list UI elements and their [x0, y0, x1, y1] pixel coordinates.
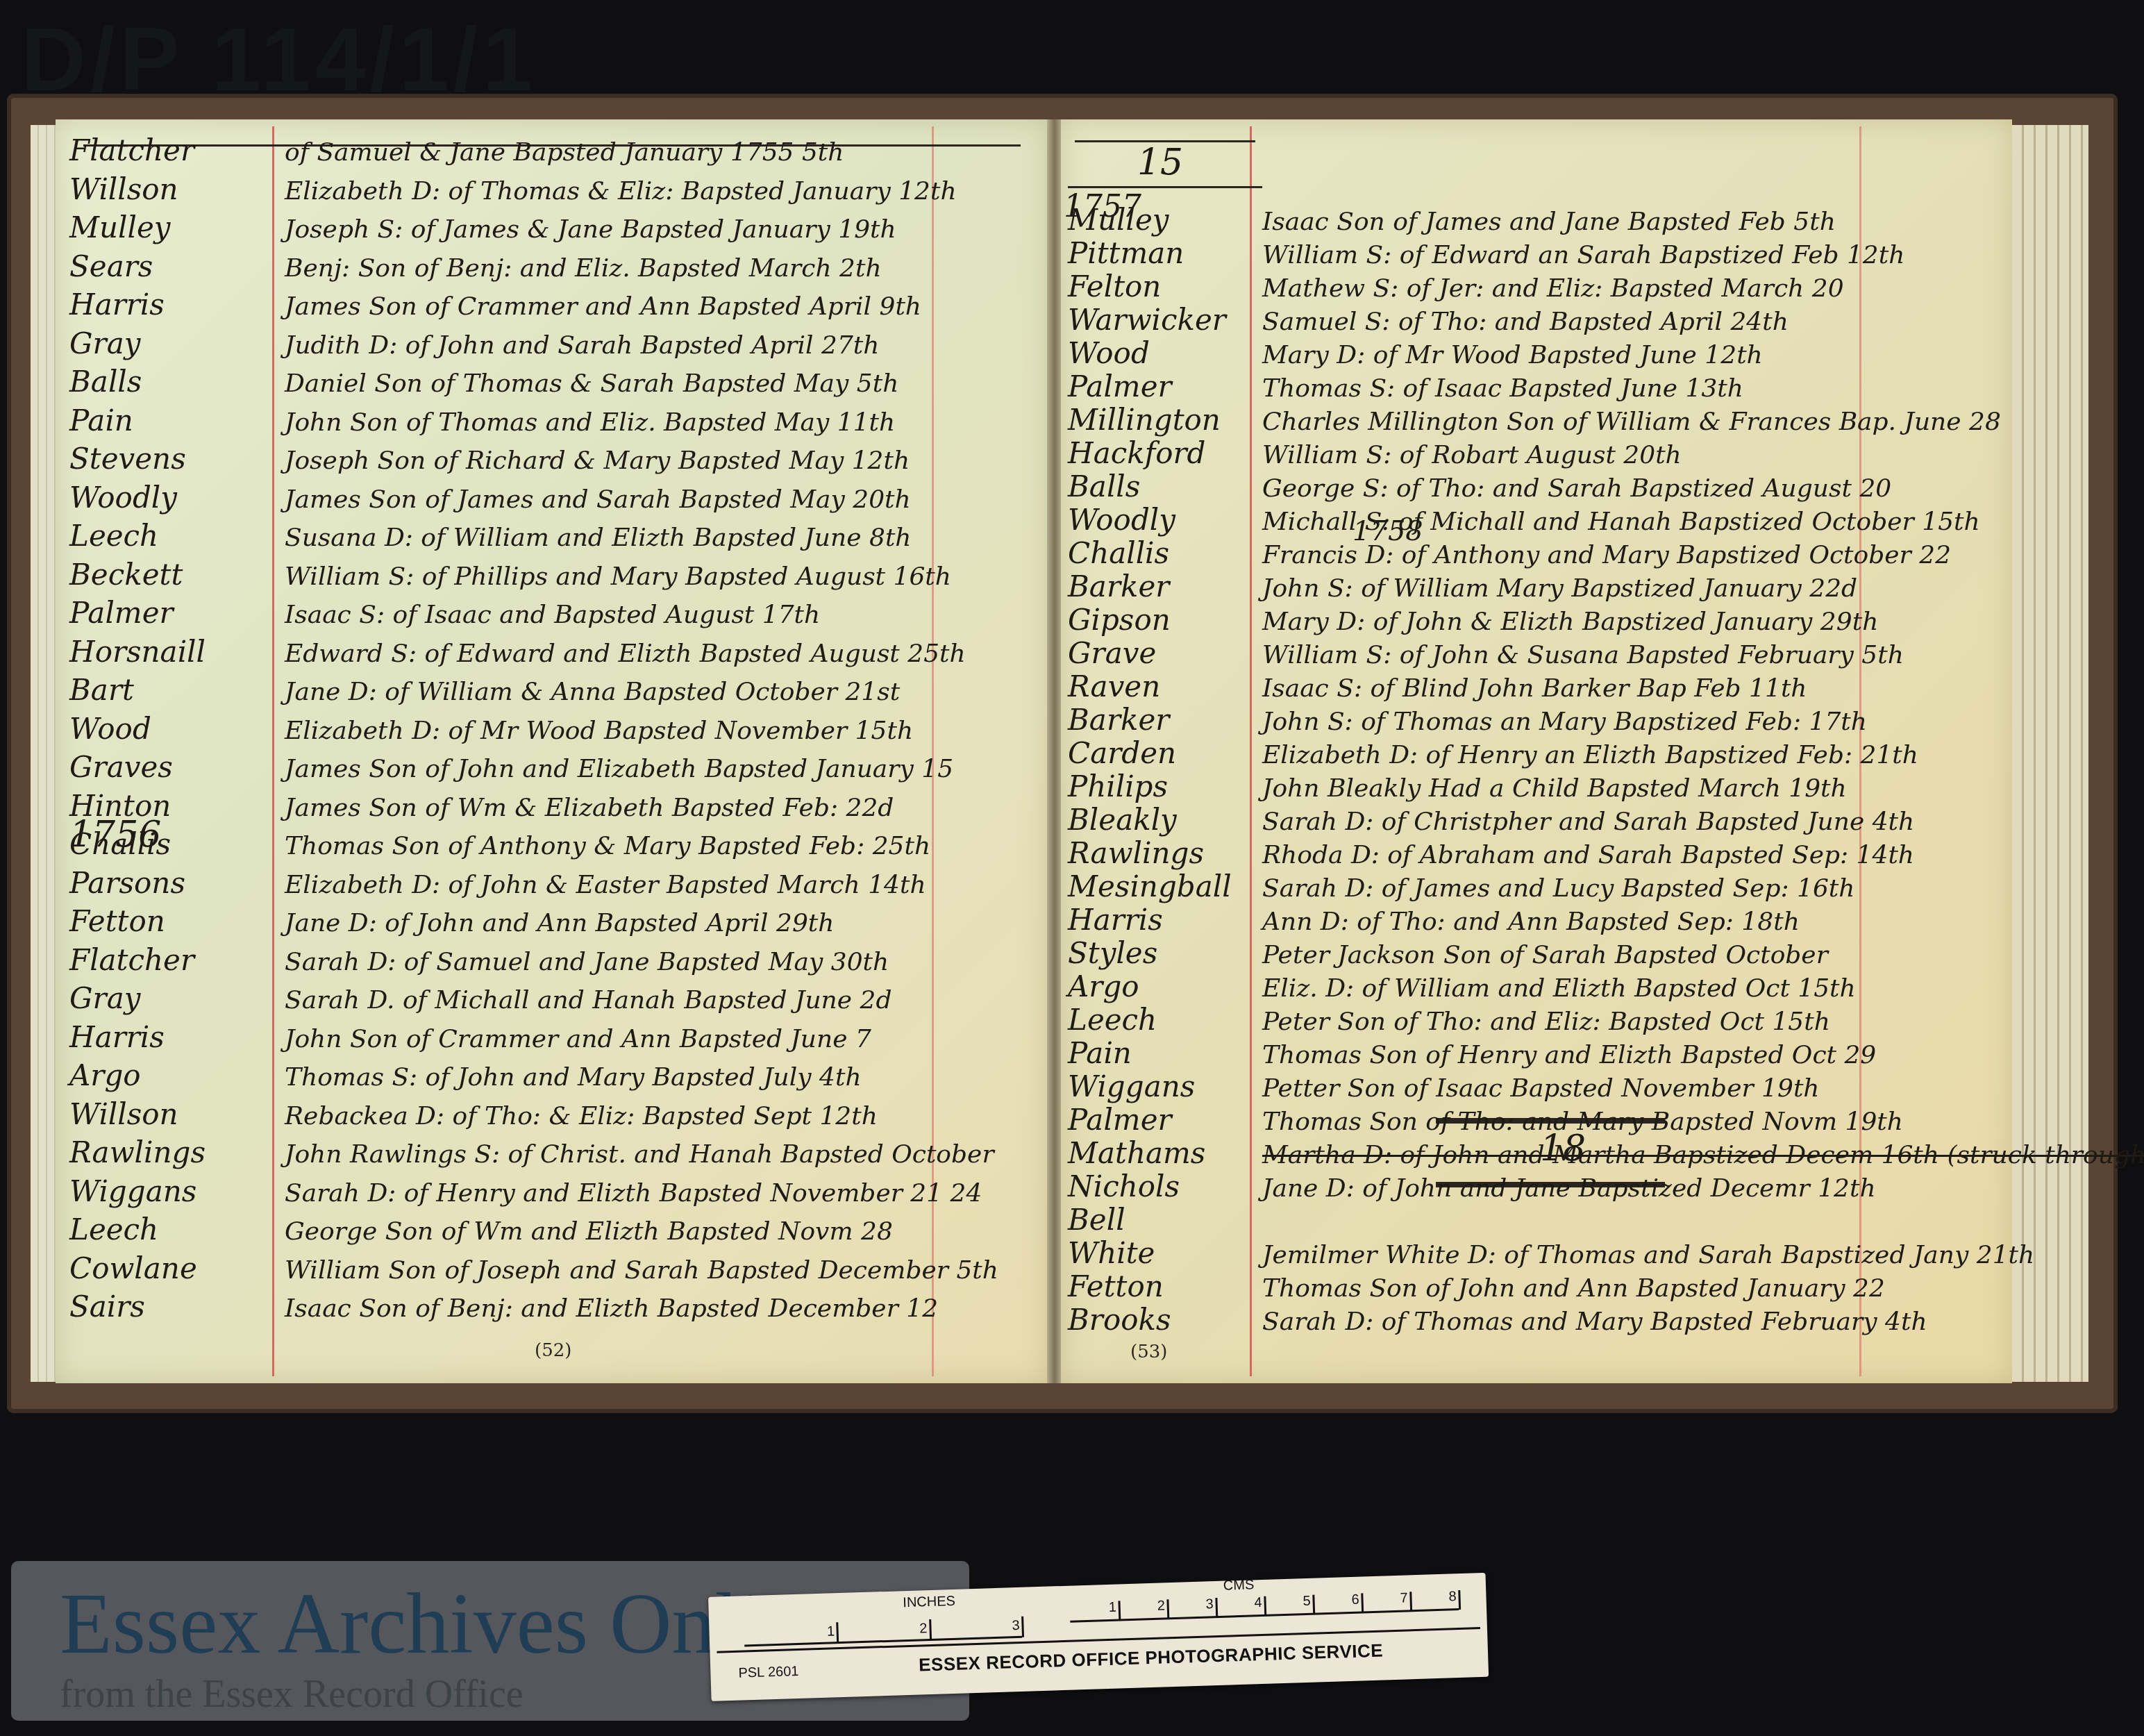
- entry-record: James Son of John and Elizabeth Bapsted …: [285, 755, 953, 783]
- entry-record: Rhoda D: of Abraham and Sarah Bapsted Se…: [1262, 841, 1914, 869]
- entry-surname: Pain: [69, 403, 285, 437]
- entry-surname: Barker: [1068, 703, 1262, 737]
- register-entry: HarrisJames Son of Crammer and Ann Bapst…: [69, 287, 921, 322]
- entry-record: Mary D: of Mr Wood Bapsted June 12th: [1262, 341, 1763, 369]
- scale-tick-label: 6: [1351, 1592, 1359, 1608]
- register-entry: BrooksSarah D: of Thomas and Mary Bapste…: [1068, 1303, 1927, 1337]
- scale-tick: [1409, 1592, 1412, 1611]
- register-entry: GraySarah D. of Michall and Hanah Bapste…: [69, 981, 891, 1015]
- entry-surname: Horsnaill: [69, 635, 285, 669]
- entry-record: Elizabeth D: of John & Easter Bapsted Ma…: [285, 871, 926, 899]
- entry-surname: Palmer: [1068, 369, 1262, 403]
- register-entry: PittmanWilliam S: of Edward an Sarah Bap…: [1068, 236, 1904, 270]
- entry-record: Thomas S: of Isaac Bapsted June 13th: [1262, 374, 1743, 403]
- scale-tick-label: 2: [1157, 1598, 1165, 1614]
- entry-record: Samuel S: of Tho: and Bapsted April 24th: [1262, 308, 1789, 336]
- register-entry: WiggansSarah D: of Henry and Elizth Baps…: [69, 1174, 982, 1208]
- entry-surname: White: [1068, 1236, 1262, 1270]
- entry-surname: Harris: [1068, 903, 1262, 937]
- entry-surname: Rawlings: [1068, 836, 1262, 870]
- entry-record: Elizabeth D: of Mr Wood Bapsted November…: [285, 717, 913, 745]
- entry-surname: Grave: [1068, 636, 1262, 670]
- entry-record: Thomas S: of John and Mary Bapsted July …: [285, 1063, 862, 1092]
- entry-surname: Mathams: [1068, 1136, 1262, 1170]
- entry-record: George S: of Tho: and Sarah Bapstized Au…: [1262, 474, 1891, 503]
- register-entry: PalmerIsaac S: of Isaac and Bapsted Augu…: [69, 596, 820, 630]
- register-entry: ArgoThomas S: of John and Mary Bapsted J…: [69, 1058, 862, 1092]
- entry-record: Joseph S: of James & Jane Bapsted Januar…: [285, 215, 896, 244]
- entry-record: Isaac S: of Isaac and Bapsted August 17t…: [285, 601, 820, 629]
- register-entry: PalmerThomas S: of Isaac Bapsted June 13…: [1068, 369, 1743, 403]
- entry-record: John S: of William Mary Bapstized Januar…: [1262, 574, 1857, 603]
- entry-record: Sarah D: of Henry and Elizth Bapsted Nov…: [285, 1179, 982, 1208]
- entry-record: Martha D: of John and Martha Bapstized D…: [1262, 1141, 2144, 1169]
- folio-number: (52): [535, 1340, 571, 1361]
- register-entry: WoodElizabeth D: of Mr Wood Bapsted Nove…: [69, 712, 913, 746]
- register-entry: Flatcherof Samuel & Jane Bapsted January…: [69, 133, 844, 167]
- entry-record: Rebackea D: of Tho: & Eliz: Bapsted Sept…: [285, 1102, 878, 1130]
- entry-record: Isaac S: of Blind John Barker Bap Feb 11…: [1262, 674, 1807, 703]
- register-entry: CardenElizabeth D: of Henry an Elizth Ba…: [1068, 736, 1918, 770]
- entry-surname: Challis: [1068, 536, 1262, 570]
- register-entry: BartJane D: of William & Anna Bapsted Oc…: [69, 673, 900, 707]
- entry-record: Sarah D: of Thomas and Mary Bapsted Febr…: [1262, 1308, 1927, 1336]
- entry-record: Sarah D: of James and Lucy Bapsted Sep: …: [1262, 874, 1854, 903]
- right-page: 15 1757 1758 18 MulleyIsaac Son of James…: [1061, 119, 2012, 1383]
- entry-surname: Philips: [1068, 769, 1262, 803]
- entry-surname: Barker: [1068, 569, 1262, 603]
- entry-surname: Mulley: [69, 210, 285, 244]
- entry-record: Isaac Son of James and Jane Bapsted Feb …: [1262, 208, 1836, 236]
- entry-record: Jane D: of John and Ann Bapsted April 29…: [285, 909, 834, 937]
- entry-record: John Son of Crammer and Ann Bapsted June…: [285, 1025, 871, 1053]
- register-entry: Bell: [1068, 1203, 1262, 1237]
- entry-surname: Gray: [69, 326, 285, 360]
- entry-record: Eliz. D: of William and Elizth Bapsted O…: [1262, 974, 1856, 1003]
- scale-tick: [1215, 1598, 1218, 1617]
- register-entry: BleaklySarah D: of Christpher and Sarah …: [1068, 803, 1914, 837]
- register-entry: ChallisFrancis D: of Anthony and Mary Ba…: [1068, 536, 1951, 570]
- entry-surname: Fetton: [1068, 1269, 1262, 1303]
- right-page-entries: MulleyIsaac Son of James and Jane Bapste…: [1061, 119, 2012, 1383]
- register-entry: WillsonRebackea D: of Tho: & Eliz: Bapst…: [69, 1097, 878, 1131]
- entry-record: John Rawlings S: of Christ. and Hanah Ba…: [285, 1140, 994, 1169]
- register-entry: GravesJames Son of John and Elizabeth Ba…: [69, 750, 953, 784]
- scale-tick: [1264, 1596, 1266, 1616]
- entry-record: Mathew S: of Jer: and Eliz: Bapsted Marc…: [1262, 274, 1844, 303]
- scale-tick: [837, 1622, 839, 1643]
- scale-tick-label: 7: [1400, 1590, 1408, 1606]
- entry-record: William S: of Robart August 20th: [1262, 441, 1682, 469]
- entry-surname: Rawlings: [69, 1135, 285, 1169]
- register-entry: HorsnaillEdward S: of Edward and Elizth …: [69, 635, 966, 669]
- entry-surname: Brooks: [1068, 1303, 1262, 1337]
- register-entry: GraveWilliam S: of John & Susana Bapsted…: [1068, 636, 1904, 670]
- entry-record: Elizabeth D: of Henry an Elizth Bapstize…: [1262, 741, 1918, 769]
- entry-surname: Graves: [69, 750, 285, 784]
- inch-scale-bar: [744, 1636, 1022, 1647]
- register-entry: SearsBenj: Son of Benj: and Eliz. Bapste…: [69, 249, 882, 283]
- register-entry: BallsDaniel Son of Thomas & Sarah Bapste…: [69, 365, 898, 399]
- entry-surname: Willson: [69, 172, 285, 206]
- scale-tick: [1166, 1599, 1169, 1619]
- entry-record: John S: of Thomas an Mary Bapstized Feb:…: [1262, 708, 1867, 736]
- entry-record: of Samuel & Jane Bapsted January 1755 5t…: [285, 138, 844, 167]
- scale-tick-label: 3: [1205, 1596, 1214, 1612]
- scale-code: PSL 2601: [738, 1664, 799, 1682]
- entry-record: George Son of Wm and Elizth Bapsted Novm…: [285, 1217, 893, 1246]
- register-entry: MathamsMartha D: of John and Martha Baps…: [1068, 1136, 2144, 1170]
- entry-record: John Bleakly Had a Child Bapsted March 1…: [1262, 774, 1847, 803]
- entry-surname: Carden: [1068, 736, 1262, 770]
- entry-surname: Parsons: [69, 866, 285, 900]
- register-entry: HackfordWilliam S: of Robart August 20th: [1068, 436, 1682, 470]
- entry-record: Edward S: of Edward and Elizth Bapsted A…: [285, 640, 966, 668]
- entry-record: Thomas Son of Anthony & Mary Bapsted Feb…: [285, 832, 930, 860]
- year-mark: 1756: [69, 814, 161, 856]
- scale-tick-label: 8: [1448, 1589, 1457, 1605]
- scale-tick-label: 1: [1108, 1600, 1116, 1616]
- entry-record: Thomas Son of Tho: and Mary Bapsted Novm…: [1262, 1108, 1903, 1136]
- entry-surname: Nichols: [1068, 1169, 1262, 1203]
- entry-record: Michall S: of Michall and Hanah Bapstize…: [1262, 508, 1980, 536]
- scale-tick: [1021, 1617, 1024, 1637]
- entry-surname: Leech: [1068, 1003, 1262, 1037]
- register-entry: BarkerJohn S: of William Mary Bapstized …: [1068, 569, 1857, 603]
- entry-surname: Woodly: [1068, 503, 1262, 537]
- register-entry: WoodMary D: of Mr Wood Bapsted June 12th: [1068, 336, 1763, 370]
- entry-surname: Gray: [69, 981, 285, 1015]
- entry-record: Judith D: of John and Sarah Bapsted Apri…: [285, 331, 880, 360]
- register-entry: WiggansPetter Son of Isaac Bapsted Novem…: [1068, 1069, 1820, 1103]
- register-entry: MesingballSarah D: of James and Lucy Bap…: [1068, 869, 1854, 903]
- left-page-edges: [31, 125, 58, 1382]
- entry-surname: Balls: [1068, 469, 1262, 503]
- entry-surname: Leech: [69, 519, 285, 553]
- scale-tick: [1361, 1593, 1364, 1612]
- register-entry: WhiteJemilmer White D: of Thomas and Sar…: [1068, 1236, 2034, 1270]
- scale-tick-label: 4: [1254, 1595, 1262, 1611]
- left-page-entries: Flatcherof Samuel & Jane Bapsted January…: [56, 119, 1048, 1383]
- entry-record: James Son of James and Sarah Bapsted May…: [285, 485, 911, 514]
- scale-tick-label: 2: [919, 1621, 928, 1637]
- entry-surname: Harris: [69, 1020, 285, 1054]
- register-entry: RavenIsaac S: of Blind John Barker Bap F…: [1068, 669, 1807, 703]
- register-entry: FettonThomas Son of John and Ann Bapsted…: [1068, 1269, 1885, 1303]
- entry-surname: Argo: [1068, 969, 1262, 1003]
- entry-surname: Pittman: [1068, 236, 1262, 270]
- register-entry: RawlingsRhoda D: of Abraham and Sarah Ba…: [1068, 836, 1914, 870]
- entry-surname: Bleakly: [1068, 803, 1262, 837]
- register-entry: PalmerThomas Son of Tho: and Mary Bapste…: [1068, 1103, 1903, 1137]
- entry-surname: Palmer: [69, 596, 285, 630]
- entry-record: Ann D: of Tho: and Ann Bapsted Sep: 18th: [1262, 908, 1800, 936]
- entry-record: William Son of Joseph and Sarah Bapsted …: [285, 1256, 998, 1285]
- entry-record: John Son of Thomas and Eliz. Bapsted May…: [285, 408, 895, 437]
- register-entry: HintonJames Son of Wm & Elizabeth Bapste…: [69, 789, 894, 823]
- register-entry: GrayJudith D: of John and Sarah Bapsted …: [69, 326, 880, 360]
- entry-record: William S: of John & Susana Bapsted Febr…: [1262, 641, 1904, 669]
- entry-surname: Flatcher: [69, 943, 285, 977]
- register-entry: RawlingsJohn Rawlings S: of Christ. and …: [69, 1135, 994, 1169]
- register-entry: BeckettWilliam S: of Phillips and Mary B…: [69, 558, 951, 592]
- entry-surname: Cowlane: [69, 1251, 285, 1285]
- register-entry: FlatcherSarah D: of Samuel and Jane Baps…: [69, 943, 889, 977]
- entry-surname: Gipson: [1068, 603, 1262, 637]
- entry-surname: Felton: [1068, 269, 1262, 303]
- entry-record: Thomas Son of John and Ann Bapsted Janua…: [1262, 1274, 1885, 1303]
- entry-surname: Wood: [69, 712, 285, 746]
- entry-record: Charles Millington Son of William & Fran…: [1262, 408, 2001, 436]
- inches-label: INCHES: [903, 1594, 955, 1611]
- entry-surname: Stevens: [69, 442, 285, 476]
- entry-surname: Bart: [69, 673, 285, 707]
- register-entry: SairsIsaac Son of Benj: and Elizth Bapst…: [69, 1290, 938, 1324]
- register-entry: MulleyJoseph S: of James & Jane Bapsted …: [69, 210, 896, 244]
- register-entry: PhilipsJohn Bleakly Had a Child Bapsted …: [1068, 769, 1847, 803]
- register-entry: LeechGeorge Son of Wm and Elizth Bapsted…: [69, 1212, 893, 1246]
- entry-record: William S: of Phillips and Mary Bapsted …: [285, 562, 951, 591]
- register-entry: FettonJane D: of John and Ann Bapsted Ap…: [69, 904, 834, 938]
- entry-record: Isaac Son of Benj: and Elizth Bapsted De…: [285, 1294, 938, 1323]
- entry-surname: Hackford: [1068, 436, 1262, 470]
- register-entry: WarwickerSamuel S: of Tho: and Bapsted A…: [1068, 303, 1789, 337]
- register-entry: FeltonMathew S: of Jer: and Eliz: Bapste…: [1068, 269, 1844, 303]
- register-entry: HarrisJohn Son of Crammer and Ann Bapste…: [69, 1020, 871, 1054]
- scale-tick: [1118, 1601, 1121, 1620]
- entry-surname: Balls: [69, 365, 285, 399]
- register-entry: LeechPeter Son of Tho: and Eliz: Bapsted…: [1068, 1003, 1830, 1037]
- register-entry: WoodlyMichall S: of Michall and Hanah Ba…: [1068, 503, 1980, 537]
- entry-surname: Warwicker: [1068, 303, 1262, 337]
- brand-subtitle: from the Essex Record Office: [60, 1672, 524, 1717]
- register-entry: WoodlyJames Son of James and Sarah Bapst…: [69, 481, 911, 515]
- entry-record: Jane D: of John and Jane Bapstized Decem…: [1262, 1174, 1876, 1203]
- folio-number: (53): [1130, 1342, 1167, 1362]
- entry-record: Mary D: of John & Elizth Bapstized Janua…: [1262, 608, 1878, 636]
- register-entry: BarkerJohn S: of Thomas an Mary Bapstize…: [1068, 703, 1867, 737]
- cms-label: CMS: [1223, 1577, 1255, 1594]
- register-entry: NicholsJane D: of John and Jane Bapstize…: [1068, 1169, 1876, 1203]
- entry-record: Jemilmer White D: of Thomas and Sarah Ba…: [1262, 1241, 2034, 1269]
- register-entry: HarrisAnn D: of Tho: and Ann Bapsted Sep…: [1068, 903, 1800, 937]
- register-entry: MillingtonCharles Millington Son of Will…: [1068, 403, 2001, 437]
- right-page-edges: [2012, 125, 2088, 1382]
- entry-surname: Styles: [1068, 936, 1262, 970]
- entry-surname: Sears: [69, 249, 285, 283]
- entry-record: Jane D: of William & Anna Bapsted Octobe…: [285, 678, 900, 706]
- entry-surname: Flatcher: [69, 133, 285, 167]
- entry-surname: Woodly: [69, 481, 285, 515]
- entry-record: Susana D: of William and Elizth Bapsted …: [285, 524, 912, 552]
- scale-tick: [929, 1619, 932, 1640]
- entry-record: Elizabeth D: of Thomas & Eliz: Bapsted J…: [285, 177, 957, 206]
- register-entry: ArgoEliz. D: of William and Elizth Bapst…: [1068, 969, 1856, 1003]
- entry-record: William S: of Edward an Sarah Bapstized …: [1262, 241, 1904, 269]
- entry-record: Benj: Son of Benj: and Eliz. Bapsted Mar…: [285, 254, 882, 283]
- entry-surname: Harris: [69, 287, 285, 322]
- register-entry: MulleyIsaac Son of James and Jane Bapste…: [1068, 203, 1836, 237]
- register-entry: BallsGeorge S: of Tho: and Sarah Bapstiz…: [1068, 469, 1891, 503]
- entry-record: Thomas Son of Henry and Elizth Bapsted O…: [1262, 1041, 1876, 1069]
- register-entry: GipsonMary D: of John & Elizth Bapstized…: [1068, 603, 1878, 637]
- entry-surname: Argo: [69, 1058, 285, 1092]
- register-entry: ChallisThomas Son of Anthony & Mary Baps…: [69, 827, 930, 861]
- register-entry: CowlaneWilliam Son of Joseph and Sarah B…: [69, 1251, 998, 1285]
- entry-record: Sarah D: of Christpher and Sarah Bapsted…: [1262, 808, 1914, 836]
- register-entry: StevensJoseph Son of Richard & Mary Baps…: [69, 442, 910, 476]
- scale-tick-label: 5: [1303, 1594, 1311, 1610]
- entry-record: Peter Jackson Son of Sarah Bapsted Octob…: [1262, 941, 1828, 969]
- entry-surname: Raven: [1068, 669, 1262, 703]
- register-entry: WillsonElizabeth D: of Thomas & Eliz: Ba…: [69, 172, 957, 206]
- scale-service-label: ESSEX RECORD OFFICE PHOTOGRAPHIC SERVICE: [919, 1640, 1384, 1676]
- entry-surname: Wood: [1068, 336, 1262, 370]
- entry-surname: Sairs: [69, 1290, 285, 1324]
- entry-surname: Leech: [69, 1212, 285, 1246]
- entry-surname: Wiggans: [69, 1174, 285, 1208]
- entry-surname: Beckett: [69, 558, 285, 592]
- scale-tick-label: 3: [1012, 1618, 1020, 1634]
- entry-record: Peter Son of Tho: and Eliz: Bapsted Oct …: [1262, 1008, 1830, 1036]
- entry-surname: Mesingball: [1068, 869, 1262, 903]
- entry-surname: Millington: [1068, 403, 1262, 437]
- entry-surname: Palmer: [1068, 1103, 1262, 1137]
- scale-tick: [1312, 1595, 1315, 1614]
- entry-surname: Wiggans: [1068, 1069, 1262, 1103]
- register-entry: PainThomas Son of Henry and Elizth Bapst…: [1068, 1036, 1876, 1070]
- register-entry: LeechSusana D: of William and Elizth Bap…: [69, 519, 912, 553]
- entry-surname: Mulley: [1068, 203, 1262, 237]
- scale-tick-label: 1: [827, 1624, 835, 1639]
- scale-tick: [1458, 1590, 1461, 1610]
- entry-record: Sarah D. of Michall and Hanah Bapsted Ju…: [285, 986, 891, 1015]
- left-page: Flatcherof Samuel & Jane Bapsted January…: [56, 119, 1048, 1383]
- book-gutter: [1047, 119, 1062, 1383]
- entry-record: James Son of Wm & Elizabeth Bapsted Feb:…: [285, 794, 894, 822]
- entry-surname: Willson: [69, 1097, 285, 1131]
- entry-record: Francis D: of Anthony and Mary Bapstized…: [1262, 541, 1951, 569]
- entry-record: Petter Son of Isaac Bapsted November 19t…: [1262, 1074, 1820, 1103]
- entry-record: James Son of Crammer and Ann Bapsted Apr…: [285, 292, 921, 321]
- entry-surname: Fetton: [69, 904, 285, 938]
- register-entry: StylesPeter Jackson Son of Sarah Bapsted…: [1068, 936, 1828, 970]
- entry-record: Daniel Son of Thomas & Sarah Bapsted May…: [285, 369, 898, 398]
- entry-surname: Bell: [1068, 1203, 1262, 1237]
- register-entry: PainJohn Son of Thomas and Eliz. Bapsted…: [69, 403, 895, 437]
- document-reference-watermark: D/P 114/1/1: [21, 14, 537, 104]
- entry-record: Joseph Son of Richard & Mary Bapsted May…: [285, 446, 910, 475]
- entry-record: Sarah D: of Samuel and Jane Bapsted May …: [285, 948, 889, 976]
- register-entry: ParsonsElizabeth D: of John & Easter Bap…: [69, 866, 926, 900]
- entry-surname: Pain: [1068, 1036, 1262, 1070]
